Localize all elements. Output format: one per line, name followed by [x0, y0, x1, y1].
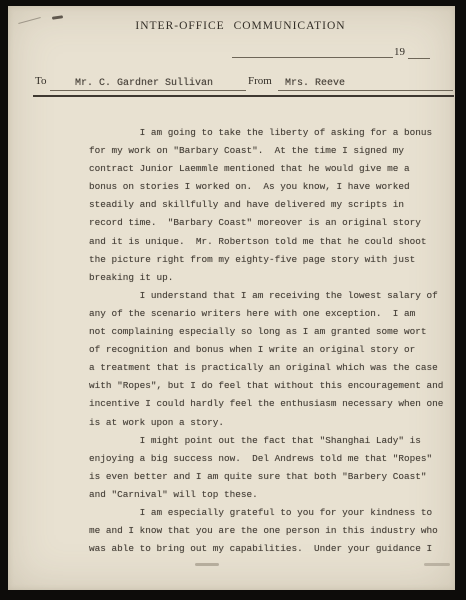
memo-line: for my work on "Barbary Coast". At the t…	[89, 142, 455, 160]
memo-line: the picture right from my eighty-five pa…	[89, 251, 455, 269]
smudge-mark	[195, 563, 219, 566]
memo-line: contract Junior Laemmle mentioned that h…	[89, 160, 455, 178]
memo-line: incentive I could hardly feel the enthus…	[89, 395, 455, 413]
memo-line: record time. "Barbary Coast" moreover is…	[89, 214, 455, 232]
memo-line: with "Ropes", but I do feel that without…	[89, 377, 455, 395]
memo-body: I am going to take the liberty of asking…	[89, 124, 455, 558]
memo-line: I am especially grateful to you for your…	[89, 504, 455, 522]
from-underline	[278, 90, 453, 91]
to-value: Mr. C. Gardner Sullivan	[75, 78, 213, 89]
date-blank-line-short	[408, 58, 430, 59]
memo-line: I am going to take the liberty of asking…	[89, 124, 455, 142]
memo-line: is at work upon a story.	[89, 414, 455, 432]
memo-line: any of the scenario writers here with on…	[89, 305, 455, 323]
date-year-prefix: 19	[394, 46, 405, 58]
memo-line: and "Carnival" will top these.	[89, 486, 455, 504]
to-underline	[50, 90, 246, 91]
header-rule	[33, 95, 454, 97]
memo-line: I understand that I am receiving the low…	[89, 287, 455, 305]
memo-line: not complaining especially so long as I …	[89, 323, 455, 341]
to-label: To	[35, 75, 46, 87]
smudge-mark	[424, 563, 450, 566]
memo-line: is even better and I am quite sure that …	[89, 468, 455, 486]
memo-line: breaking it up.	[89, 269, 455, 287]
memo-line: a treatment that is practically an origi…	[89, 359, 455, 377]
memo-line: enjoying a big success now. Del Andrews …	[89, 450, 455, 468]
date-blank-line	[232, 57, 393, 58]
memo-line: was able to bring out my capabilities. U…	[89, 540, 455, 558]
from-label: From	[248, 75, 272, 87]
memo-line: and it is unique. Mr. Robertson told me …	[89, 233, 455, 251]
scan-background: INTER-OFFICE COMMUNICATION 19 To Mr. C. …	[0, 0, 466, 600]
memo-line: me and I know that you are the one perso…	[89, 522, 455, 540]
memo-page: INTER-OFFICE COMMUNICATION 19 To Mr. C. …	[8, 6, 455, 590]
memo-line: steadily and skillfully and have deliver…	[89, 196, 455, 214]
memo-line: bonus on stories I worked on. As you kno…	[89, 178, 455, 196]
memo-line: I might point out the fact that "Shangha…	[89, 432, 455, 450]
from-value: Mrs. Reeve	[285, 78, 345, 89]
memo-title: INTER-OFFICE COMMUNICATION	[17, 20, 464, 32]
memo-line: of recognition and bonus when I write an…	[89, 341, 455, 359]
